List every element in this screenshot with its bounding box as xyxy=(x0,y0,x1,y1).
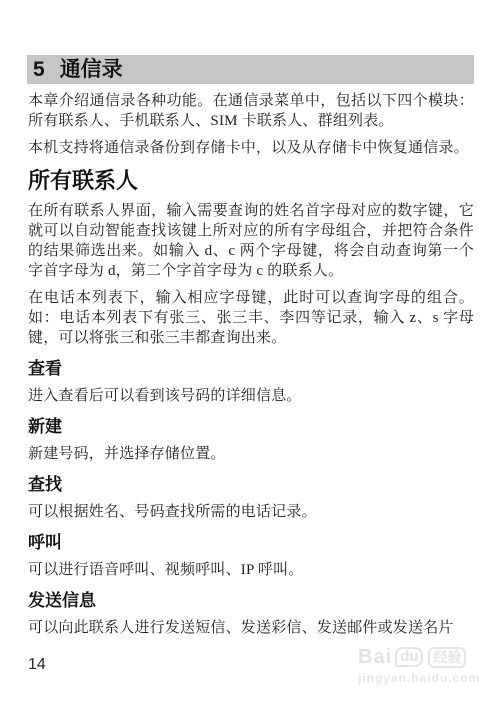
sub-heading-send-message: 发送信息 xyxy=(28,591,474,611)
intro-paragraph-2: 本机支持将通信录备份到存储卡中，以及从存储卡中恢复通信录。 xyxy=(28,138,474,158)
watermark-du-paw-icon: du xyxy=(395,647,423,667)
watermark-bai-text: Bai xyxy=(358,646,392,669)
sub-heading-new: 新建 xyxy=(28,417,474,437)
sub-heading-search: 查找 xyxy=(28,475,474,495)
watermark-logo: Bai du 经验 xyxy=(358,645,480,669)
chapter-title: 通信录 xyxy=(60,58,123,81)
watermark-jingyan-badge: 经验 xyxy=(428,647,466,668)
page-number: 14 xyxy=(28,656,46,674)
chapter-number: 5 xyxy=(33,58,45,81)
baidu-jingyan-watermark: Bai du 经验 jingyan.baidu.com xyxy=(358,645,480,685)
sub-heading-view: 查看 xyxy=(28,359,474,379)
send-message-paragraph: 可以向此联系人进行发送短信、发送彩信、发送邮件或发送名片 xyxy=(28,618,474,638)
watermark-url: jingyan.baidu.com xyxy=(358,671,480,685)
call-paragraph: 可以进行语音呼叫、视频呼叫、IP 呼叫。 xyxy=(28,560,474,580)
intro-paragraph-1: 本章介绍通信录各种功能。在通信录菜单中，包括以下四个模块：所有联系人、手机联系人… xyxy=(28,91,474,131)
manual-page: Bai du 经验 jingyan.baidu.com 5通信录 本章介绍通信录… xyxy=(0,0,500,710)
search-paragraph: 可以根据姓名、号码查找所需的电话记录。 xyxy=(28,502,474,522)
all-contacts-paragraph-1: 在所有联系人界面，输入需要查询的姓名首字母对应的数字键，它就可以自动智能查找该键… xyxy=(28,201,474,281)
all-contacts-paragraph-2: 在电话本列表下，输入相应字母键，此时可以查询字母的组合。如：电话本列表下有张三、… xyxy=(28,288,474,348)
chapter-header-bar: 5通信录 xyxy=(27,55,474,84)
section-heading-all-contacts: 所有联系人 xyxy=(28,168,474,194)
new-paragraph: 新建号码，并选择存储位置。 xyxy=(28,444,474,464)
view-paragraph: 进入查看后可以看到该号码的详细信息。 xyxy=(28,386,474,406)
sub-heading-call: 呼叫 xyxy=(28,533,474,553)
page-content: 5通信录 本章介绍通信录各种功能。在通信录菜单中，包括以下四个模块：所有联系人、… xyxy=(0,0,500,638)
